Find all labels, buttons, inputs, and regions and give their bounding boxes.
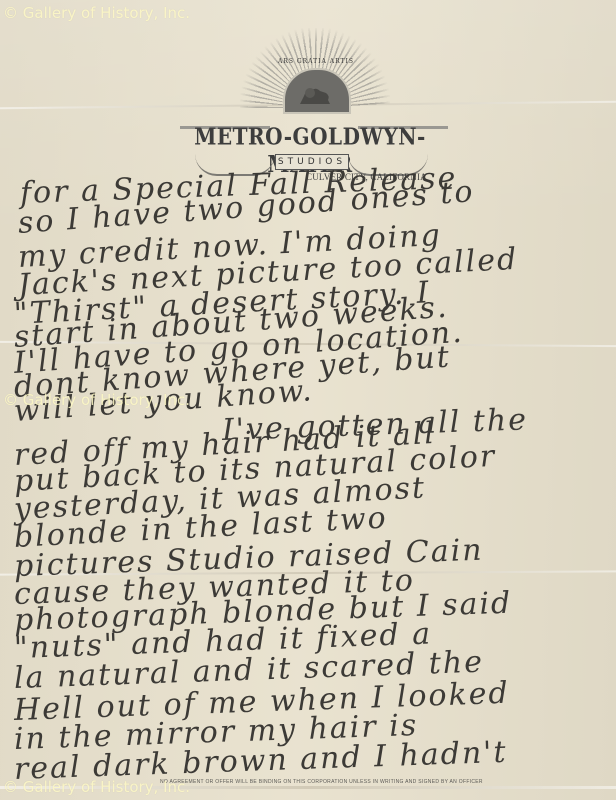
copyright-watermark: © Gallery of History, Inc. <box>3 391 190 409</box>
letter-paper: ARS GRATIA ARTIS METRO-GOLDWYN-MAYER STU… <box>0 0 616 800</box>
copyright-watermark: © Gallery of History, Inc. <box>3 4 190 22</box>
legal-footer-notice: NO AGREEMENT OR OFFER WILL BE BINDING ON… <box>160 779 483 785</box>
copyright-watermark: © Gallery of History, Inc. <box>3 778 190 796</box>
